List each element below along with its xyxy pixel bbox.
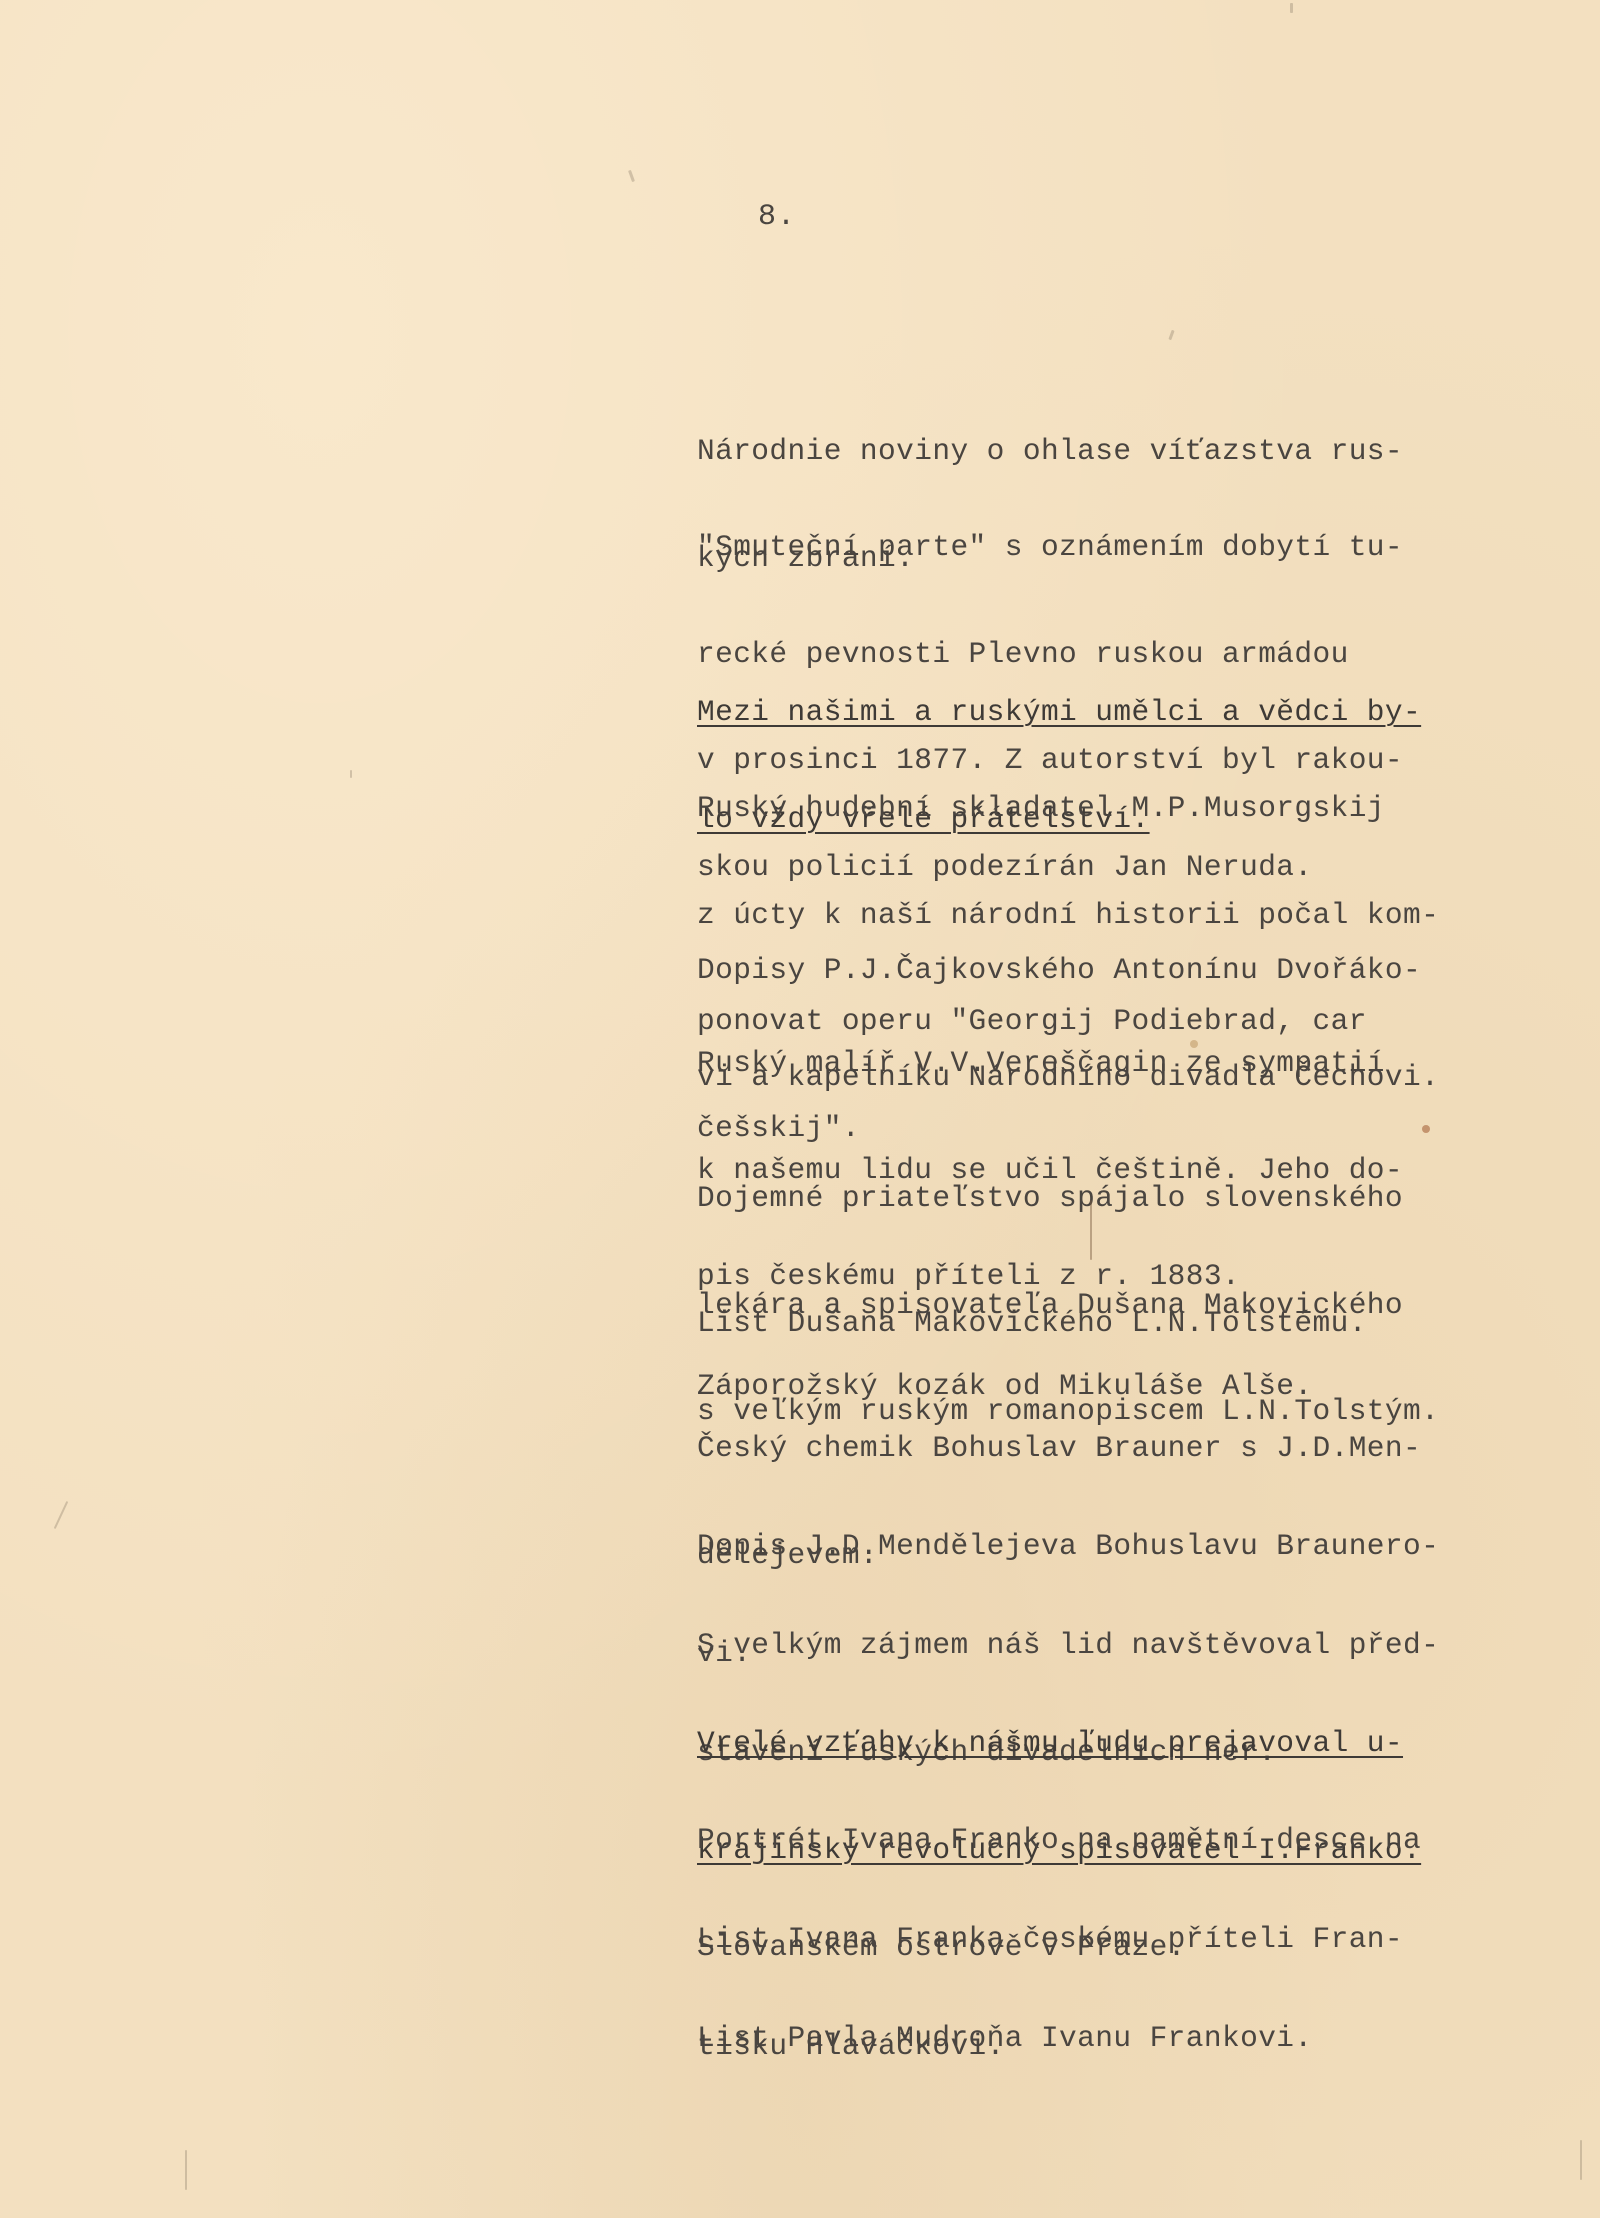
paper-speck — [1290, 3, 1293, 13]
paper-speck — [1190, 1040, 1198, 1048]
paper-speck — [350, 770, 352, 778]
paper-speck — [1422, 1125, 1430, 1133]
text-line: Ruský hudební skladatel M.P.Musorgskij — [697, 791, 1439, 827]
paper-speck — [185, 2150, 187, 2190]
text-line: Ruský malíř V.V.Vereščagin ze sympatií — [697, 1046, 1403, 1082]
paper-speck — [1580, 2140, 1582, 2180]
text-line: List Pavla Mudroňa Ivanu Frankovi. — [697, 2021, 1313, 2057]
paper-speck — [1168, 330, 1174, 340]
text-line: Dojemné priateľstvo spájalo slovenského — [697, 1181, 1439, 1217]
paper-speck — [1090, 1200, 1092, 1260]
paragraph: List Pavla Mudroňa Ivanu Frankovi. — [697, 1950, 1313, 2128]
text-line: "Smuteční parte" s oznámením dobytí tu- — [697, 530, 1403, 566]
paper-speck — [54, 1501, 68, 1529]
paper-speck — [628, 170, 635, 182]
page-number: 8. — [758, 200, 796, 234]
